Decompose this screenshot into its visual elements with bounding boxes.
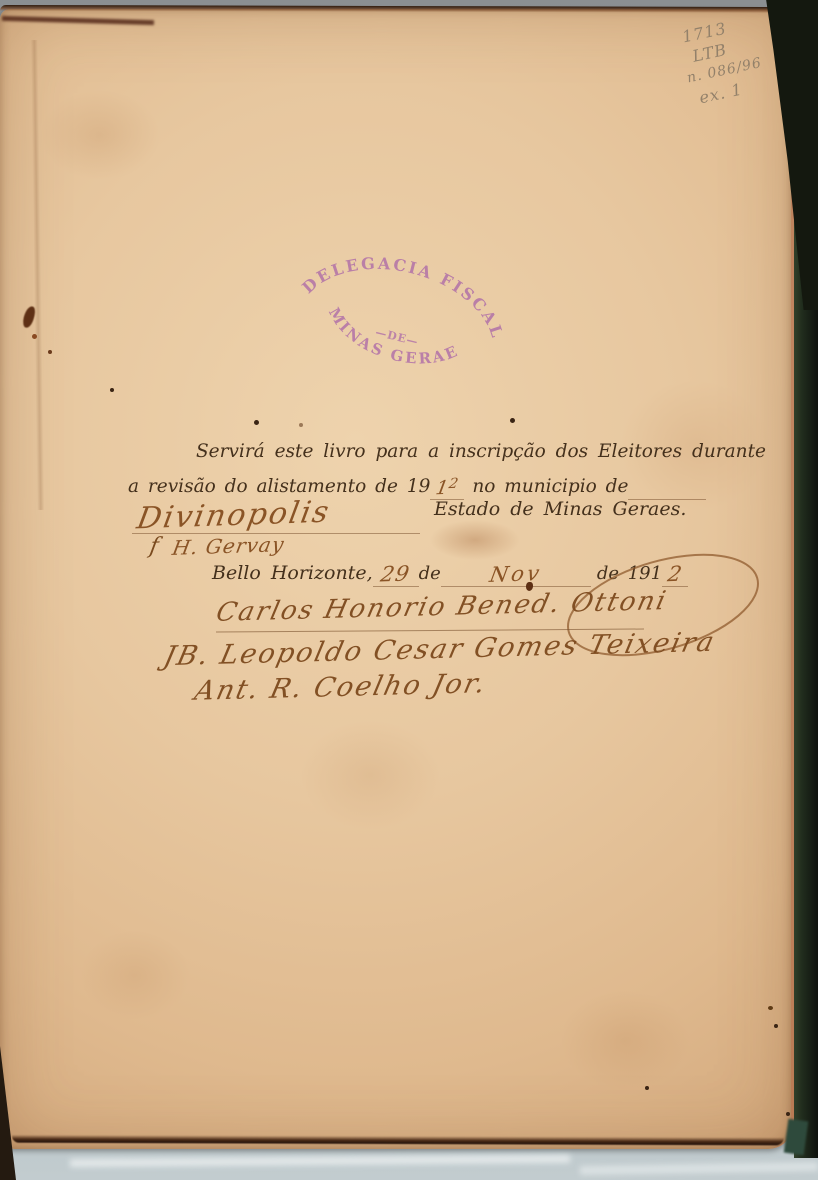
speck xyxy=(786,1112,790,1116)
form-line2-prefix: a revisão do alistamento de 19 xyxy=(128,476,430,497)
form-estado: Estado de Minas Geraes. xyxy=(434,498,686,520)
speck xyxy=(774,1024,778,1028)
handwritten-annotation-mark: f xyxy=(148,534,162,559)
speck xyxy=(48,350,52,354)
speck xyxy=(768,1006,773,1010)
form-line1: Servirá este livro para a inscripção dos… xyxy=(196,441,766,462)
form-date-city: Bello Horizonte, xyxy=(212,562,373,584)
handwritten-municipality: Divinopolis xyxy=(134,495,333,537)
handwritten-annotation: H. Gervay xyxy=(171,532,287,560)
stitch-dot xyxy=(299,423,303,427)
handwritten-year-superscript: 2 xyxy=(447,476,460,492)
form-line2-suffix: no municipio de xyxy=(472,476,628,497)
handwritten-day: 29 xyxy=(379,562,412,587)
stitch-dot xyxy=(510,418,515,423)
table-highlight xyxy=(70,1155,570,1167)
table-highlight xyxy=(580,1162,818,1175)
handwritten-month: Nov xyxy=(488,561,545,587)
speck xyxy=(32,334,37,339)
form-date-de1: de xyxy=(419,563,441,584)
municipality-rule: Divinopolis xyxy=(132,498,420,534)
signature-1: Carlos Honorio Bened. Ottoni xyxy=(213,586,670,628)
photo-of-ledger-page: 1713 LTB n. 086/96 ex. 1 DELEGACIA FISCA… xyxy=(0,0,818,1180)
speck xyxy=(645,1086,649,1090)
signature-3: Ant. R. Coelho Jor. xyxy=(192,668,490,707)
blank-rule xyxy=(628,476,706,500)
stitch-dot xyxy=(254,420,259,425)
speck xyxy=(110,388,114,392)
